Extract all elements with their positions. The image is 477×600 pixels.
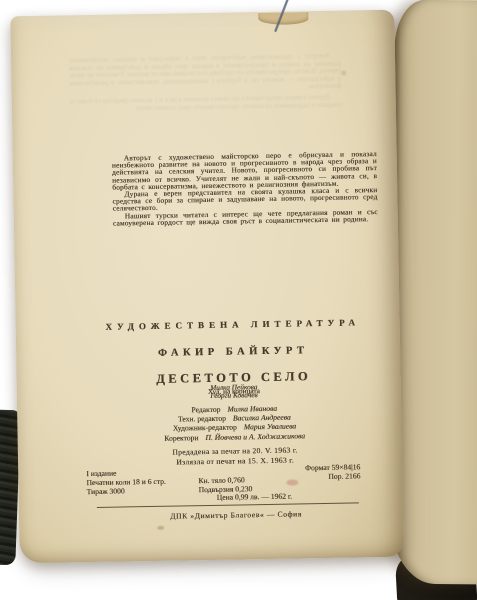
annotation-text: Авторът с художествено майсторско перо е…: [112, 150, 378, 227]
colophon-page: Авторът с художествено майсторско перо е…: [10, 10, 403, 564]
order-number: Пор. 2166: [328, 471, 360, 481]
author-name: ФАКИР БАЙКУРТ: [76, 344, 390, 360]
cover-artist: Георги Ковачев: [210, 391, 258, 400]
foxing-spot: [157, 526, 164, 530]
paper-stain: [258, 12, 308, 25]
print-sheets-info: Печатни коли 18 и 6 стр.: [86, 477, 166, 487]
book-photo: Авторът с художествено майсторско перо е…: [0, 0, 477, 600]
divider-rule: [97, 502, 359, 508]
ink-smudge: [286, 479, 298, 485]
tirage-info: Тираж 3000: [86, 486, 124, 496]
series-title: ХУДОЖЕСТВЕНА ЛИТЕРАТУРА: [76, 317, 390, 332]
annotation-paragraph: Нашият турски читател с интерес ще чете …: [113, 208, 378, 227]
price-line: Цена 0,99 лв. — 1962 г.: [217, 492, 292, 502]
printing-house: ДПК »Димитър Благоев« — София: [79, 508, 393, 522]
foxing-spot: [341, 71, 346, 76]
annotation-paragraph: Авторът с художествено майсторско перо е…: [112, 150, 378, 191]
cover-artist-names: Милка Пейкова Георги Ковачев: [210, 383, 258, 400]
show-through-text: Авторът с художествено майсторско перо е…: [69, 53, 343, 154]
